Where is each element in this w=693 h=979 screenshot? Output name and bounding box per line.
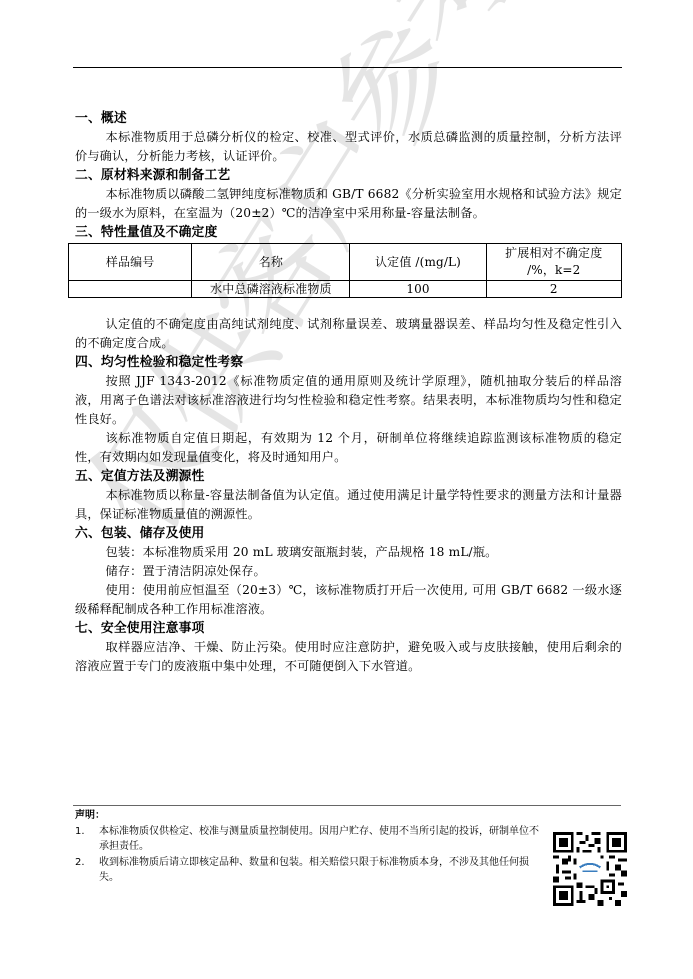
section-heading-safety: 七、安全使用注意事项: [75, 619, 622, 638]
footer-rule: [73, 805, 621, 806]
statement-footer: 声明： 1. 本标准物质仅供检定、校准与测量质量控制使用。因用户贮存、使用不当所…: [75, 808, 545, 886]
spacer: [75, 298, 622, 315]
statement-item: 2. 收到标准物质后请立即核定品种、数量和包装。相关赔偿只限于标准物质本身，不涉…: [75, 855, 545, 886]
section-heading-materials: 二、原材料来源和制备工艺: [75, 166, 622, 185]
section-heading-property-values: 三、特性量值及不确定度: [75, 223, 622, 242]
column-header-uncertainty: 扩展相对不确定度 /%，k=2: [486, 244, 621, 281]
section-paragraph: 认定值的不确定度由高纯试剂纯度、试剂称量误差、玻璃量器误差、样品均匀性及稳定性引…: [75, 315, 622, 353]
table-header-row: 样品编号 名称 认定值 /(mg/L) 扩展相对不确定度 /%，k=2: [69, 244, 622, 281]
cell-name: 水中总磷溶液标准物质: [192, 281, 350, 298]
section-heading-homogeneity-stability: 四、均匀性检验和稳定性考察: [75, 353, 622, 372]
document-body: 一、概述 本标准物质用于总磷分析仪的检定、校准、型式评价，水质总磷监测的质量控制…: [75, 109, 622, 676]
document-page: 仅供客户参考 一、概述 本标准物质用于总磷分析仪的检定、校准、型式评价，水质总磷…: [0, 0, 693, 979]
section-paragraph: 本标准物质用于总磷分析仪的检定、校准、型式评价，水质总磷监测的质量控制，分析方法…: [75, 128, 622, 166]
cell-uncertainty: 2: [486, 281, 621, 298]
cell-certified-value: 100: [350, 281, 486, 298]
statement-text: 本标准物质仅供检定、校准与测量质量控制使用。因用户贮存、使用不当所引起的投诉，研…: [99, 824, 545, 855]
usage-paragraph: 使用：使用前应恒温至（20±3）℃，该标准物质打开后一次使用, 可用 GB/T …: [75, 581, 622, 619]
column-header-name: 名称: [192, 244, 350, 281]
statement-number: 2.: [75, 855, 99, 886]
column-header-certified-value: 认定值 /(mg/L): [350, 244, 486, 281]
column-header-sample-id: 样品编号: [69, 244, 192, 281]
statement-text: 收到标准物质后请立即核定品种、数量和包装。相关赔偿只限于标准物质本身，不涉及其他…: [99, 855, 545, 886]
packaging-paragraph: 包装：本标准物质采用 20 mL 玻璃安瓿瓶封装，产品规格 18 mL/瓶。: [75, 543, 622, 562]
section-paragraph: 本标准物质以称量-容量法制备值为认定值。通过使用满足计量学特性要求的测量方法和计…: [75, 486, 622, 524]
section-heading-traceability: 五、定值方法及溯源性: [75, 467, 622, 486]
section-paragraph: 本标准物质以磷酸二氢钾纯度标准物质和 GB/T 6682《分析实验室用水规格和试…: [75, 185, 622, 223]
storage-paragraph: 储存：置于清洁阴凉处保存。: [75, 562, 622, 581]
cell-sample-id: [69, 281, 192, 298]
statement-number: 1.: [75, 824, 99, 855]
table-row: 水中总磷溶液标准物质 100 2: [69, 281, 622, 298]
property-value-table: 样品编号 名称 认定值 /(mg/L) 扩展相对不确定度 /%，k=2 水中总磷…: [68, 243, 622, 298]
header-rule: [73, 67, 622, 68]
uncertainty-header-line1: 扩展相对不确定度: [489, 245, 619, 262]
uncertainty-header-line2: /%，k=2: [489, 262, 619, 279]
section-paragraph: 按照 JJF 1343-2012《标准物质定值的通用原则及统计学原理》，随机抽取…: [75, 372, 622, 429]
section-paragraph: 取样器应洁净、干燥、防止污染。使用时应注意防护，避免吸入或与皮肤接触，使用后剩余…: [75, 638, 622, 676]
qr-code-icon[interactable]: [553, 832, 627, 906]
statement-title: 声明：: [75, 808, 545, 824]
section-paragraph: 该标准物质自定值日期起，有效期为 12 个月，研制单位将继续追踪监测该标准物质的…: [75, 429, 622, 467]
section-heading-packaging-storage-use: 六、包装、储存及使用: [75, 524, 622, 543]
section-heading-overview: 一、概述: [75, 109, 622, 128]
statement-item: 1. 本标准物质仅供检定、校准与测量质量控制使用。因用户贮存、使用不当所引起的投…: [75, 824, 545, 855]
